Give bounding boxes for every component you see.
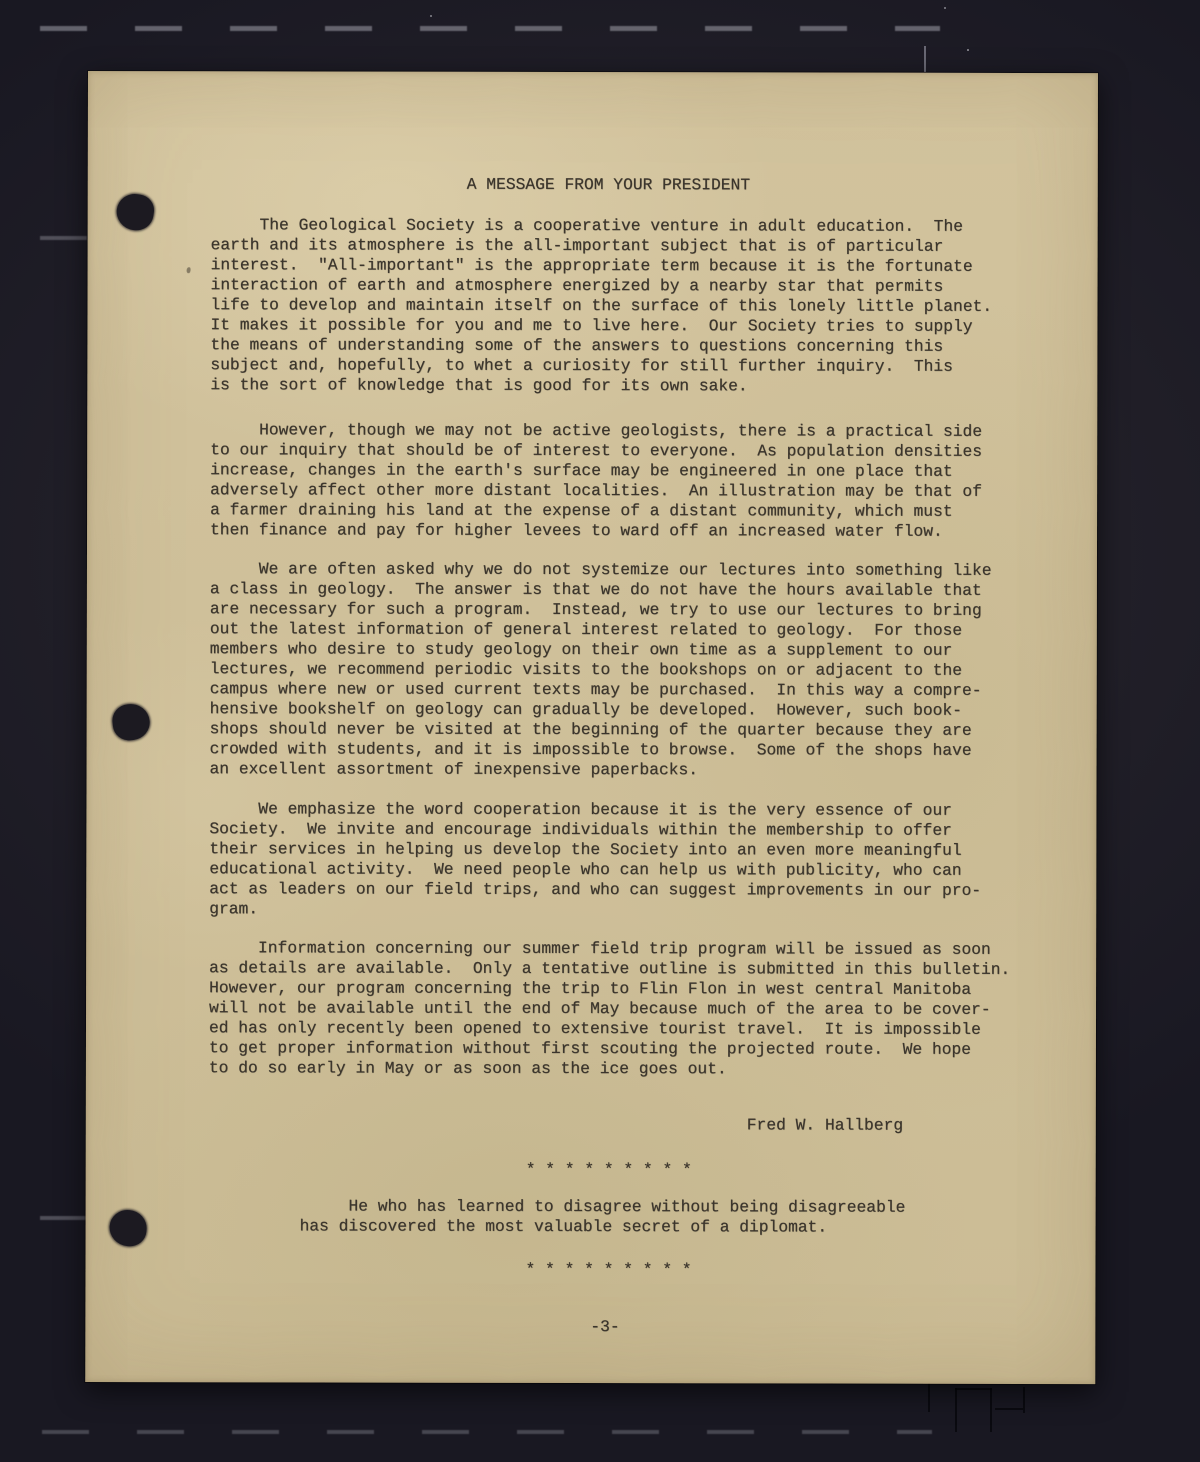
film-sprocket-marks-top bbox=[40, 26, 940, 31]
film-frame-mark bbox=[955, 1388, 957, 1432]
ink-speck bbox=[187, 267, 191, 273]
film-frame-mark bbox=[990, 1388, 992, 1432]
asterisk-separator-top: * * * * * * * * * bbox=[526, 1160, 692, 1180]
paragraph-4: We emphasize the word cooperation becaus… bbox=[209, 799, 981, 921]
film-frame-mark bbox=[995, 1408, 1023, 1410]
page-number: -3- bbox=[590, 1317, 619, 1337]
film-sprocket-marks-bottom bbox=[42, 1430, 932, 1434]
punch-hole-middle bbox=[111, 702, 151, 742]
dust-speck bbox=[430, 15, 432, 17]
punch-hole-top bbox=[114, 192, 156, 233]
dust-speck bbox=[944, 7, 946, 9]
document-page: A MESSAGE FROM YOUR PRESIDENT The Geolog… bbox=[85, 71, 1098, 1384]
signature: Fred W. Hallberg bbox=[747, 1115, 903, 1135]
film-frame-mark bbox=[955, 1388, 992, 1390]
scratch-artifact bbox=[924, 46, 926, 72]
paragraph-1: The Geological Society is a cooperative … bbox=[210, 215, 992, 397]
film-frame-mark bbox=[1023, 1387, 1025, 1413]
punch-hole-bottom bbox=[108, 1209, 147, 1248]
paragraph-3: We are often asked why we do not systemi… bbox=[210, 559, 992, 781]
paragraph-2: However, though we may not be active geo… bbox=[210, 420, 982, 542]
quote-text: He who has learned to disagree without b… bbox=[300, 1196, 906, 1237]
film-sprocket-mark-left-upper bbox=[40, 236, 87, 240]
film-frame-mark bbox=[928, 1382, 930, 1412]
dust-speck bbox=[967, 49, 969, 51]
paragraph-5: Information concerning our summer field … bbox=[209, 938, 1010, 1080]
asterisk-separator-bottom: * * * * * * * * * bbox=[525, 1260, 691, 1280]
scan-background: A MESSAGE FROM YOUR PRESIDENT The Geolog… bbox=[0, 0, 1200, 1462]
document-title: A MESSAGE FROM YOUR PRESIDENT bbox=[467, 175, 750, 196]
film-sprocket-mark-left-lower bbox=[40, 1216, 87, 1220]
